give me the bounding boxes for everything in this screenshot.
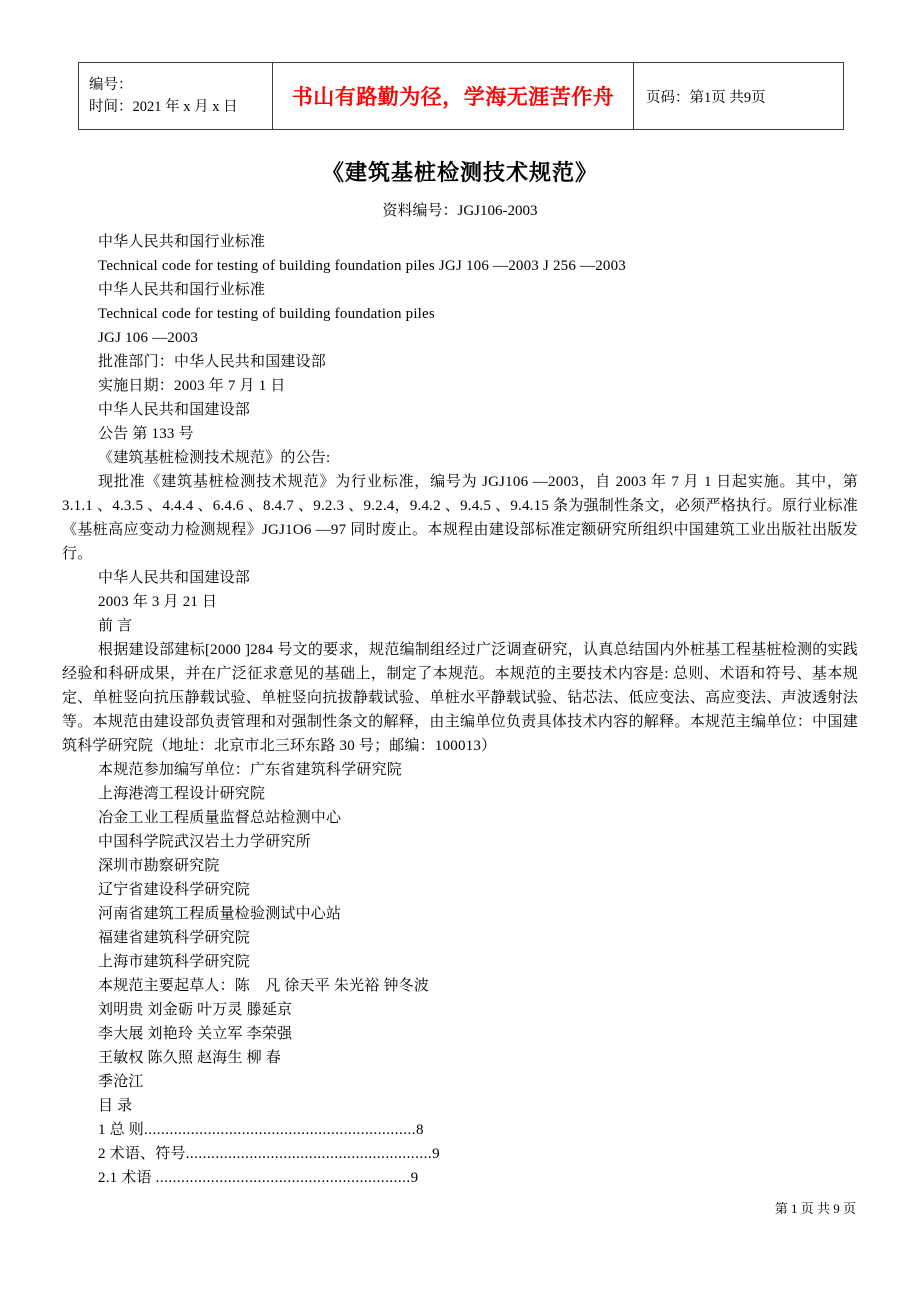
- paragraph: 河南省建筑工程质量检验测试中心站: [62, 902, 858, 926]
- toc-entry-label: 1 总 则: [98, 1122, 144, 1138]
- paragraph: 中华人民共和国行业标准: [62, 230, 858, 254]
- header-table: 编号： 时间：2021 年 x 月 x 日 书山有路勤为径，学海无涯苦作舟 页码…: [78, 62, 844, 130]
- doc-number-label: 编号：: [89, 74, 272, 96]
- toc-entry-leader: ........................................…: [144, 1122, 416, 1138]
- header-page-cell: 页码：第1页 共9页: [634, 63, 844, 130]
- paragraph: 本规范主要起草人：陈 凡 徐天平 朱光裕 钟冬波: [62, 974, 858, 998]
- toc-entry: 2.1 术语 .................................…: [62, 1166, 858, 1190]
- toc-entry-page: 9: [432, 1146, 440, 1162]
- header-motto-cell: 书山有路勤为径，学海无涯苦作舟: [273, 63, 634, 130]
- doc-subtitle: 资料编号：JGJ106-2003: [62, 200, 858, 222]
- paragraph: 中华人民共和国建设部: [62, 566, 858, 590]
- doc-time-label: 时间：2021 年 x 月 x 日: [89, 96, 272, 118]
- paragraph: 现批准《建筑基桩检测技术规范》为行业标准，编号为 JGJ106 —2003，自 …: [62, 470, 858, 566]
- toc-entry-page: 9: [411, 1170, 419, 1186]
- doc-title: 《建筑基桩检测技术规范》: [62, 158, 858, 188]
- paragraph: 本规范参加编写单位：广东省建筑科学研究院: [62, 758, 858, 782]
- paragraph: 批准部门：中华人民共和国建设部: [62, 350, 858, 374]
- paragraph: 福建省建筑科学研究院: [62, 926, 858, 950]
- toc-entry-leader: ........................................…: [156, 1170, 411, 1186]
- paragraph: Technical code for testing of building f…: [62, 254, 858, 278]
- header-number-time-cell: 编号： 时间：2021 年 x 月 x 日: [79, 63, 273, 130]
- paragraph: 2003 年 3 月 21 日: [62, 590, 858, 614]
- paragraph: 《建筑基桩检测技术规范》的公告:: [62, 446, 858, 470]
- paragraph: 冶金工业工程质量监督总站检测中心: [62, 806, 858, 830]
- paragraph: 王敏权 陈久照 赵海生 柳 春: [62, 1046, 858, 1070]
- paragraph: 公告 第 133 号: [62, 422, 858, 446]
- toc-entry-leader: ........................................…: [186, 1146, 433, 1162]
- paragraph: JGJ 106 —2003: [62, 326, 858, 350]
- paragraph: 中华人民共和国行业标准: [62, 278, 858, 302]
- toc-entry-label: 2 术语、符号: [98, 1146, 186, 1162]
- toc-entry-label: 2.1 术语: [98, 1170, 156, 1186]
- paragraph: 深圳市勘察研究院: [62, 854, 858, 878]
- document-content: 《建筑基桩检测技术规范》 资料编号：JGJ106-2003 中华人民共和国行业标…: [62, 158, 858, 1190]
- toc-entry-page: 8: [416, 1122, 424, 1138]
- document-page: 编号： 时间：2021 年 x 月 x 日 书山有路勤为径，学海无涯苦作舟 页码…: [0, 0, 920, 1302]
- paragraph: 上海市建筑科学研究院: [62, 950, 858, 974]
- motto-text: 书山有路勤为径，学海无涯苦作舟: [292, 85, 615, 109]
- paragraph: 根据建设部建标[2000 ]284 号文的要求，规范编制组经过广泛调查研究，认真…: [62, 638, 858, 758]
- toc-entry: 2 术语、符号.................................…: [62, 1142, 858, 1166]
- paragraph: 中国科学院武汉岩土力学研究所: [62, 830, 858, 854]
- header-page-info: 页码：第1页 共9页: [646, 86, 843, 107]
- paragraph: Technical code for testing of building f…: [62, 302, 858, 326]
- paragraph: 季沧江: [62, 1070, 858, 1094]
- page-footer: 第 1 页 共 9 页: [775, 1200, 856, 1218]
- paragraph: 李大展 刘艳玲 关立军 李荣强: [62, 1022, 858, 1046]
- paragraph: 辽宁省建设科学研究院: [62, 878, 858, 902]
- toc-heading: 目 录: [62, 1094, 858, 1118]
- paragraph: 实施日期：2003 年 7 月 1 日: [62, 374, 858, 398]
- paragraph: 前 言: [62, 614, 858, 638]
- paragraph: 上海港湾工程设计研究院: [62, 782, 858, 806]
- paragraph: 中华人民共和国建设部: [62, 398, 858, 422]
- paragraph: 刘明贵 刘金砺 叶万灵 滕延京: [62, 998, 858, 1022]
- toc-entry: 1 总 则...................................…: [62, 1118, 858, 1142]
